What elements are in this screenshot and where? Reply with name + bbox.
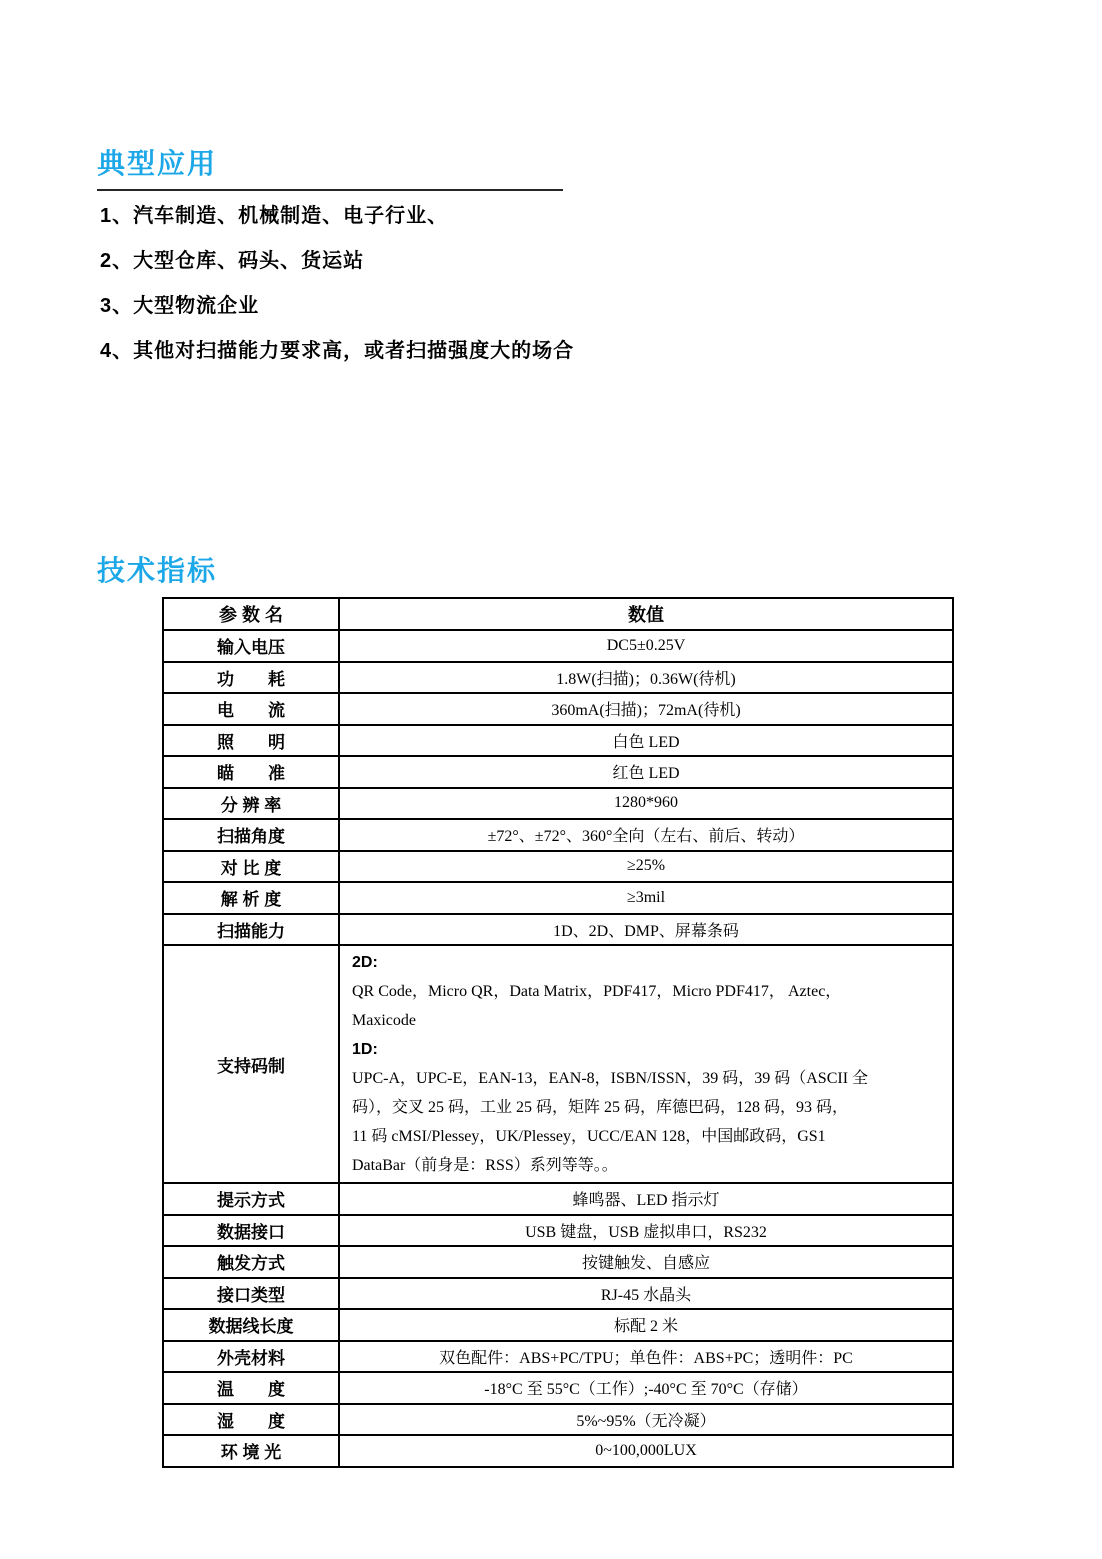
param-name-cell: 瞄 准 xyxy=(163,756,339,788)
table-row: 接口类型RJ-45 水晶头 xyxy=(163,1278,953,1310)
param-name-cell: 输入电压 xyxy=(163,630,339,662)
param-value-cell: USB 键盘，USB 虚拟串口，RS232 xyxy=(339,1215,953,1247)
param-value-cell: 白色 LED xyxy=(339,725,953,757)
param-value-cell: 5%~95%（无冷凝） xyxy=(339,1404,953,1436)
param-value-cell: ≥25% xyxy=(339,851,953,883)
title-underline-rule xyxy=(97,189,563,191)
table-row: 扫描角度±72°、±72°、360°全向（左右、前后、转动） xyxy=(163,819,953,851)
code-type-line: QR Code，Micro QR，Data Matrix，PDF417，Micr… xyxy=(352,977,940,1006)
table-row: 提示方式蜂鸣器、LED 指示灯 xyxy=(163,1183,953,1215)
param-value-cell: ±72°、±72°、360°全向（左右、前后、转动） xyxy=(339,819,953,851)
table-row: 环 境 光0~100,000LUX xyxy=(163,1435,953,1467)
param-name-cell: 解 析 度 xyxy=(163,882,339,914)
param-name-cell: 数据线长度 xyxy=(163,1309,339,1341)
param-value-cell: 红色 LED xyxy=(339,756,953,788)
table-row: 对 比 度≥25% xyxy=(163,851,953,883)
param-value-cell: 按键触发、自感应 xyxy=(339,1246,953,1278)
param-name-cell: 支持码制 xyxy=(163,945,339,1183)
param-name-cell: 数据接口 xyxy=(163,1215,339,1247)
param-name-cell: 分 辨 率 xyxy=(163,788,339,820)
table-row: 湿 度5%~95%（无冷凝） xyxy=(163,1404,953,1436)
param-name-cell: 扫描能力 xyxy=(163,914,339,946)
code-type-line: 1D: xyxy=(352,1035,940,1064)
table-row: 电 流360mA(扫描)；72mA(待机) xyxy=(163,693,953,725)
param-value-cell: ≥3mil xyxy=(339,882,953,914)
param-value-cell: 1D、2D、DMP、屏幕条码 xyxy=(339,914,953,946)
spec-table: 参 数 名 数值 输入电压DC5±0.25V功 耗1.8W(扫描)；0.36W(… xyxy=(162,597,954,1468)
param-name-cell: 触发方式 xyxy=(163,1246,339,1278)
table-row: 输入电压DC5±0.25V xyxy=(163,630,953,662)
table-row: 扫描能力1D、2D、DMP、屏幕条码 xyxy=(163,914,953,946)
table-row: 外壳材料双色配件：ABS+PC/TPU；单色件：ABS+PC；透明件：PC xyxy=(163,1341,953,1373)
param-value-cell: 蜂鸣器、LED 指示灯 xyxy=(339,1183,953,1215)
code-type-line: Maxicode xyxy=(352,1006,940,1035)
code-type-line: DataBar（前身是：RSS）系列等等。。 xyxy=(352,1151,940,1180)
typical-apps-list: 1、汽车制造、机械制造、电子行业、2、大型仓库、码头、货运站3、大型物流企业4、… xyxy=(100,203,1000,383)
section-title-tech-specs: 技术指标 xyxy=(97,549,217,589)
column-header-value: 数值 xyxy=(339,598,953,630)
param-value-cell: RJ-45 水晶头 xyxy=(339,1278,953,1310)
param-value-cell: 1.8W(扫描)；0.36W(待机) xyxy=(339,662,953,694)
param-value-cell: 双色配件：ABS+PC/TPU；单色件：ABS+PC；透明件：PC xyxy=(339,1341,953,1373)
list-item: 3、大型物流企业 xyxy=(100,293,1000,319)
param-name-cell: 温 度 xyxy=(163,1372,339,1404)
param-name-cell: 照 明 xyxy=(163,725,339,757)
spec-table-header-row: 参 数 名 数值 xyxy=(163,598,953,630)
param-name-cell: 扫描角度 xyxy=(163,819,339,851)
param-value-cell: 2D:QR Code，Micro QR，Data Matrix，PDF417，M… xyxy=(339,945,953,1183)
document-page: 典型应用 1、汽车制造、机械制造、电子行业、2、大型仓库、码头、货运站3、大型物… xyxy=(0,0,1102,1559)
param-value-cell: 0~100,000LUX xyxy=(339,1435,953,1467)
table-row: 功 耗1.8W(扫描)；0.36W(待机) xyxy=(163,662,953,694)
table-row: 触发方式按键触发、自感应 xyxy=(163,1246,953,1278)
list-item: 1、汽车制造、机械制造、电子行业、 xyxy=(100,203,1000,229)
param-value-cell: 标配 2 米 xyxy=(339,1309,953,1341)
param-name-cell: 电 流 xyxy=(163,693,339,725)
param-name-cell: 功 耗 xyxy=(163,662,339,694)
param-value-cell: DC5±0.25V xyxy=(339,630,953,662)
table-row: 瞄 准红色 LED xyxy=(163,756,953,788)
param-name-cell: 环 境 光 xyxy=(163,1435,339,1467)
param-name-cell: 接口类型 xyxy=(163,1278,339,1310)
spec-table-body: 输入电压DC5±0.25V功 耗1.8W(扫描)；0.36W(待机)电 流360… xyxy=(163,630,953,1467)
code-type-line: UPC-A，UPC-E，EAN-13，EAN-8，ISBN/ISSN，39 码，… xyxy=(352,1064,940,1093)
param-value-cell: 360mA(扫描)；72mA(待机) xyxy=(339,693,953,725)
table-row: 解 析 度≥3mil xyxy=(163,882,953,914)
table-row: 数据接口USB 键盘，USB 虚拟串口，RS232 xyxy=(163,1215,953,1247)
param-value-cell: 1280*960 xyxy=(339,788,953,820)
table-row: 分 辨 率1280*960 xyxy=(163,788,953,820)
section-title-typical-applications: 典型应用 xyxy=(97,142,217,182)
list-item: 4、其他对扫描能力要求高，或者扫描强度大的场合 xyxy=(100,338,1000,364)
param-name-cell: 提示方式 xyxy=(163,1183,339,1215)
table-row: 温 度-18°C 至 55°C（工作）;-40°C 至 70°C（存储） xyxy=(163,1372,953,1404)
param-name-cell: 外壳材料 xyxy=(163,1341,339,1373)
table-row: 照 明白色 LED xyxy=(163,725,953,757)
list-item: 2、大型仓库、码头、货运站 xyxy=(100,248,1000,274)
table-row: 支持码制2D:QR Code，Micro QR，Data Matrix，PDF4… xyxy=(163,945,953,1183)
code-type-line: 码），交叉 25 码，工业 25 码，矩阵 25 码，库德巴码，128 码，93… xyxy=(352,1093,940,1122)
param-name-cell: 对 比 度 xyxy=(163,851,339,883)
code-type-line: 2D: xyxy=(352,948,940,977)
param-value-cell: -18°C 至 55°C（工作）;-40°C 至 70°C（存储） xyxy=(339,1372,953,1404)
code-type-line: 11 码 cMSI/Plessey，UK/Plessey，UCC/EAN 128… xyxy=(352,1122,940,1151)
table-row: 数据线长度标配 2 米 xyxy=(163,1309,953,1341)
column-header-param-name: 参 数 名 xyxy=(163,598,339,630)
param-name-cell: 湿 度 xyxy=(163,1404,339,1436)
